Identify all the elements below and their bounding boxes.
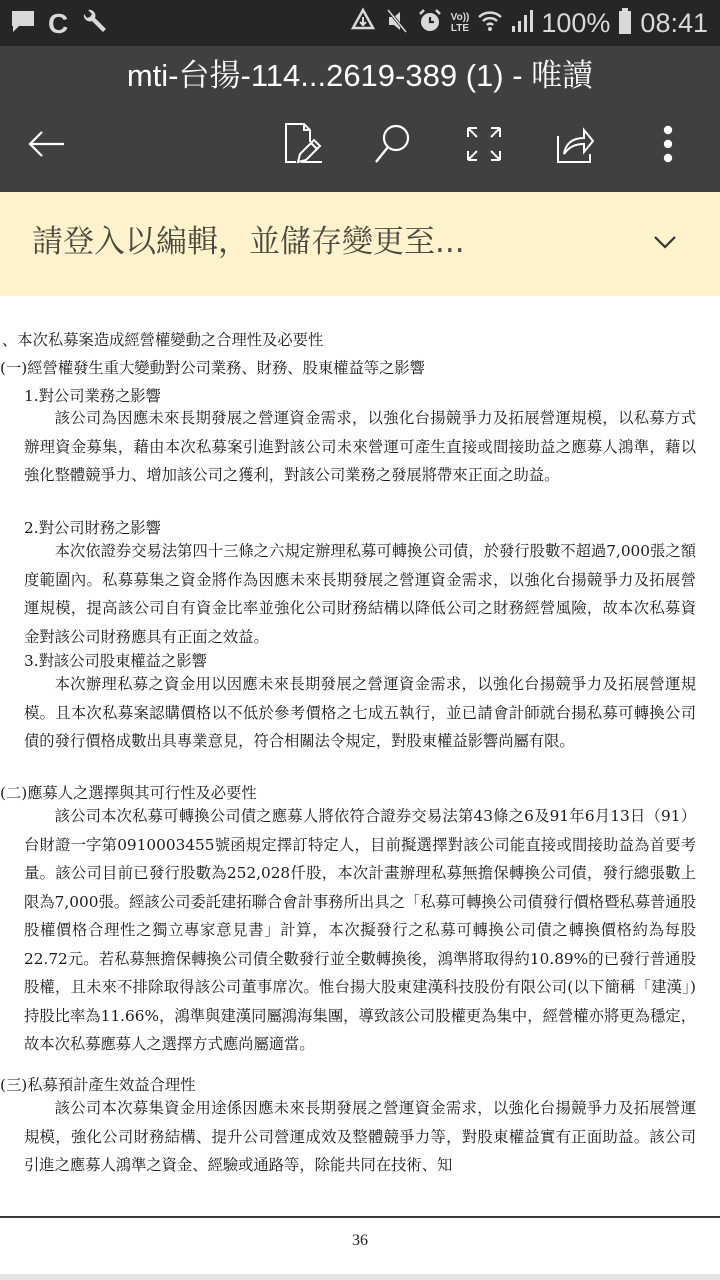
mute-icon — [385, 7, 409, 39]
status-bar-left: C — [10, 8, 108, 40]
wrench-icon — [80, 8, 108, 40]
status-bar: C Vo)) LTE 100% 08:41 — [0, 0, 720, 46]
section-3-body: 該公司本次募集資金用途係因應未來長期發展之營運資金需求，以強化台揚競爭力及拓展營… — [24, 1094, 696, 1182]
sign-in-banner[interactable]: 請登入以編輯，並儲存變更至... — [0, 192, 720, 296]
clock: 08:41 — [640, 8, 708, 39]
message-icon — [10, 8, 36, 40]
section-heading-main: 、本次私募案造成經營權變動之合理性及必要性 — [2, 330, 323, 354]
subsection-2-body: 本次依證券交易法第四十三條之六規定辦理私募可轉換公司債，於發行股數不超過7,00… — [24, 537, 696, 653]
volte-icon: Vo)) LTE — [451, 12, 470, 34]
back-button[interactable] — [18, 118, 74, 174]
page-footer-divider — [0, 1216, 720, 1218]
subsection-3-body: 本次辦理私募之資金用以因應未來長期發展之營運資金需求，以強化台揚競爭力及拓展營運… — [24, 670, 696, 786]
document-title: mti-台揚-114...2619-389 (1) - 唯讀 — [0, 56, 720, 96]
section-1-heading: (一)經營權發生重大變動對公司業務、財務、股東權益等之影響 — [0, 358, 425, 382]
banner-expand-button[interactable] — [640, 222, 690, 266]
fullscreen-button[interactable] — [456, 118, 512, 174]
document-page[interactable]: 、本次私募案造成經營權變動之合理性及必要性 (一)經營權發生重大變動對公司業務、… — [0, 296, 720, 1270]
c-app-icon: C — [48, 9, 68, 39]
alarm-icon — [417, 7, 443, 39]
app-bar: mti-台揚-114...2619-389 (1) - 唯讀 — [0, 46, 720, 192]
subsection-1-body: 該公司為因應未來長期發展之營運資金需求，以強化台揚競爭力及拓展營運規模，以私募方… — [24, 404, 696, 520]
signal-icon — [511, 8, 533, 38]
status-bar-right: Vo)) LTE 100% 08:41 — [349, 6, 708, 40]
data-saver-icon — [349, 7, 377, 39]
more-vertical-icon — [662, 124, 674, 168]
share-icon — [554, 122, 594, 170]
more-options-button[interactable] — [640, 118, 696, 174]
section-2-body: 該公司本次私募可轉換公司債之應募人將依符合證券交易法第43條之6及91年6月13… — [24, 802, 696, 1062]
edit-button[interactable] — [274, 118, 330, 174]
wifi-icon — [477, 8, 503, 38]
chevron-down-icon — [653, 234, 677, 254]
share-button[interactable] — [546, 118, 602, 174]
battery-icon — [618, 7, 632, 39]
search-icon — [372, 122, 412, 170]
arrow-left-icon — [26, 129, 66, 163]
edit-document-icon — [282, 122, 322, 170]
search-button[interactable] — [364, 118, 420, 174]
battery-percent: 100% — [541, 8, 610, 39]
expand-icon — [464, 124, 504, 168]
page-gap — [0, 1274, 720, 1280]
sign-in-banner-text[interactable]: 請登入以編輯，並儲存變更至... — [32, 220, 465, 264]
page-number: 36 — [0, 1232, 720, 1250]
